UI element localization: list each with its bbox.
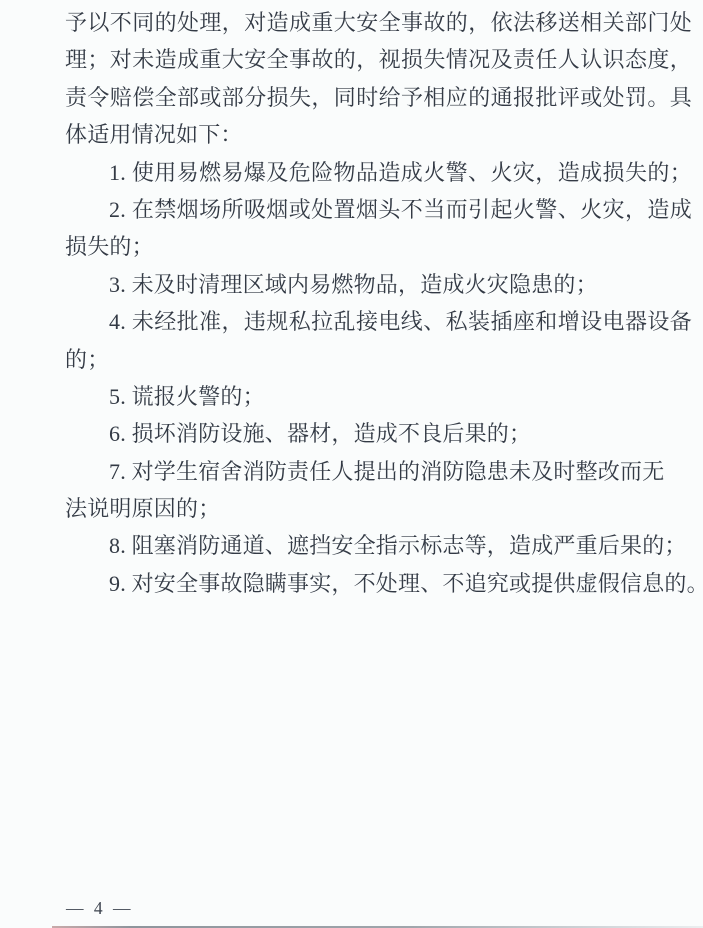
text-line: 9. 对安全事故隐瞒事实，不处理、不追究或提供虚假信息的。 [65, 565, 692, 602]
text-line: 3. 未及时清理区域内易燃物品，造成火灾隐患的； [65, 266, 692, 303]
text-line: 法说明原因的； [65, 490, 692, 527]
text-line: 责令赔偿全部或部分损失，同时给予相应的通报批评或处罚。具 [65, 79, 692, 116]
text-line: 理；对未造成重大安全事故的，视损失情况及责任人认识态度， [65, 41, 692, 78]
text-line: 7. 对学生宿舍消防责任人提出的消防隐患未及时整改而无 [65, 453, 692, 490]
page-number: — 4 — [66, 896, 134, 920]
text-line: 5. 谎报火警的； [65, 378, 692, 415]
document-page: 予以不同的处理，对造成重大安全事故的，依法移送相关部门处理；对未造成重大安全事故… [0, 0, 703, 928]
text-line: 2. 在禁烟场所吸烟或处置烟头不当而引起火警、火灾，造成 [65, 191, 692, 228]
text-line: 的； [65, 341, 692, 378]
text-line: 4. 未经批准，违规私拉乱接电线、私装插座和增设电器设备 [65, 303, 692, 340]
document-body: 予以不同的处理，对造成重大安全事故的，依法移送相关部门处理；对未造成重大安全事故… [65, 4, 692, 602]
text-line: 1. 使用易燃易爆及危险物品造成火警、火灾，造成损失的； [65, 154, 692, 191]
text-line: 体适用情况如下： [65, 116, 692, 153]
text-line: 予以不同的处理，对造成重大安全事故的，依法移送相关部门处 [65, 4, 692, 41]
text-line: 8. 阻塞消防通道、遮挡安全指示标志等，造成严重后果的； [65, 527, 692, 564]
text-line: 6. 损坏消防设施、器材，造成不良后果的； [65, 415, 692, 452]
text-line: 损失的； [65, 228, 692, 265]
